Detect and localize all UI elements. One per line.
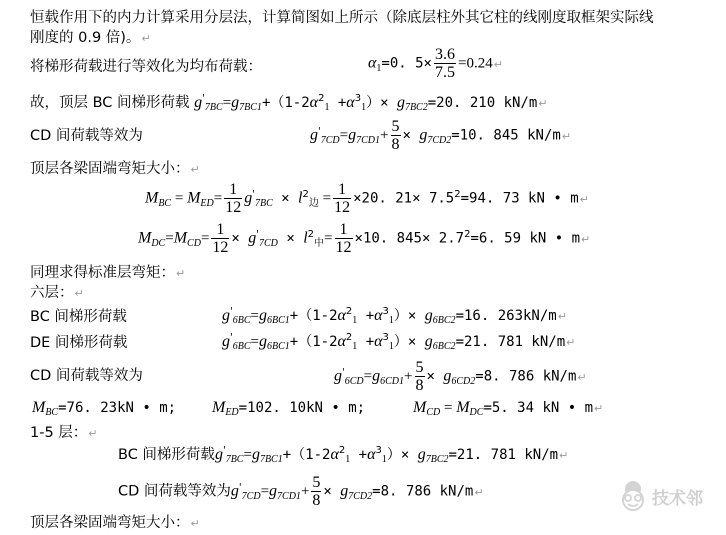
paragraph-mark-icon: ↵ [594, 402, 603, 415]
watermark: 技术邻 [618, 480, 703, 512]
paragraph-mark-icon: ↵ [494, 58, 503, 71]
denominator: 12 [335, 239, 353, 256]
paragraph-intro-line2: 刚度的 0.9 倍)。↵ [30, 29, 151, 48]
formula-m-dc-top: MDC=MCD=112× g'7CD × l2中=112×10. 845× 2.… [138, 221, 590, 256]
text: 同理求得标准层弯矩： [30, 265, 175, 281]
paragraph-top-moments: 顶层各梁固端弯矩大小：↵ [30, 160, 200, 179]
numerator: 1 [335, 221, 353, 239]
paragraph-cd-load: CD 间荷载等效为 [30, 127, 143, 145]
fraction: 112 [335, 221, 353, 256]
numerator: 1 [333, 181, 351, 199]
paragraph-mark-icon: ↵ [566, 336, 575, 349]
numerator: 5 [391, 118, 401, 136]
formula-g15cd: CD 间荷载等效为g'7CD=g7CD1+58× g7CD2=8. 786 kN… [118, 474, 484, 509]
paragraph-mark-icon: ↵ [88, 427, 97, 440]
denominator: 12 [333, 199, 351, 216]
paragraph-mark-icon: ↵ [141, 32, 150, 45]
calc: ×10. 845× 2.7 [355, 231, 465, 247]
subscript: 1 [376, 63, 381, 74]
numerator: 5 [311, 474, 321, 492]
denominator: 8 [311, 492, 321, 509]
denominator: 8 [415, 377, 425, 394]
calc: ×20. 21× 7.5 [353, 191, 454, 207]
result: =0.24 [458, 56, 493, 72]
result: =21. 781 kN/m [449, 447, 559, 463]
paragraph-equivalent-load: 将梯形荷载进行等效化为均布荷载： [30, 58, 262, 76]
paragraph-floors-1-5: 1-5 层：↵ [30, 424, 98, 443]
superscript: 2 [464, 229, 470, 240]
denominator: 8 [391, 136, 401, 153]
label: CD 间荷载等效为 [118, 484, 231, 500]
paragraph-mark-icon: ↵ [176, 267, 185, 280]
paragraph-mark-icon: ↵ [562, 130, 571, 143]
result: =94. 73 kN • m [461, 191, 579, 207]
fraction: 58 [391, 118, 401, 153]
text: 顶层各梁固端弯矩大小： [30, 515, 190, 531]
text: 刚度的 0.9 倍)。 [30, 30, 140, 46]
paragraph-mark-icon: ↵ [577, 371, 586, 384]
fraction: 58 [311, 474, 321, 509]
formula-alpha: α1=0. 5×3.67.5=0.24↵ [368, 46, 503, 81]
label-cd-6: CD 间荷载等效为 [30, 367, 143, 385]
paragraph-mark-icon: ↵ [474, 486, 483, 499]
mascot-logo-icon [618, 480, 648, 512]
moment-m-ed-6: MED=102. 10kN • m; [212, 399, 365, 419]
paragraph-top-moments-2: 顶层各梁固端弯矩大小：↵ [30, 514, 200, 533]
fraction: 58 [415, 359, 425, 394]
formula-g7bc: 故，顶层 BC 间梯形荷载 g'7BC=g7BC1+（1-2α21 +α31）×… [30, 94, 548, 114]
numerator: 1 [211, 221, 229, 239]
paragraph-intro-line1: 恒载作用下的内力计算采用分层法，计算简图如上所示（除底层柱外其它柱的线刚度取框架… [30, 9, 654, 27]
formula-m-bc-top: MBC = MED=112g'7BC × l2边 =112×20. 21× 7.… [145, 181, 589, 216]
result: =10. 845 kN/m [451, 128, 561, 144]
paragraph-mark-icon: ↵ [191, 517, 200, 530]
paragraph-mark-icon: ↵ [191, 163, 200, 176]
paragraph-mark-icon: ↵ [75, 287, 84, 300]
result: =16. 263kN/m [456, 308, 557, 324]
paragraph-mark-icon: ↵ [559, 449, 568, 462]
moment-m-bc-6: MBC=76. 23kN • m; [32, 399, 176, 419]
text: 六层： [30, 285, 74, 301]
result: =21. 781 kN/m [456, 334, 566, 350]
label-bc-6: BC 间梯形荷载 [30, 308, 127, 326]
fraction: 112 [211, 221, 229, 256]
paragraph-mark-icon: ↵ [558, 310, 567, 323]
fraction: 3.67.5 [434, 46, 456, 81]
denominator: 12 [224, 199, 242, 216]
fraction: 112 [333, 181, 351, 216]
result: =20. 210 kN/m [428, 95, 538, 111]
value: =102. 10kN • m; [239, 400, 365, 416]
numerator: 5 [415, 359, 425, 377]
paragraph-mark-icon: ↵ [580, 193, 589, 206]
label-de-6: DE 间梯形荷载 [30, 334, 127, 352]
fraction: 112 [224, 181, 242, 216]
paragraph-mark-icon: ↵ [581, 233, 590, 246]
formula-g6de: g'6BC=g6BC1+（1-2α21 +α31）× g6BC2=21. 781… [222, 333, 575, 353]
subscript: 中 [314, 238, 324, 249]
numerator: 1 [224, 181, 242, 199]
result: =8. 786 kN/m [475, 369, 576, 385]
denominator: 12 [211, 239, 229, 256]
superscript: 2 [454, 189, 460, 200]
label: 故，顶层 BC 间梯形荷载 [30, 95, 190, 111]
paragraph-standard-floor: 同理求得标准层弯矩：↵ [30, 264, 185, 283]
value: =76. 23kN • m; [58, 400, 176, 416]
formula-g7cd: g'7CD=g7CD1+58× g7CD2=10. 845 kN/m↵ [310, 118, 571, 153]
denominator: 7.5 [434, 64, 456, 81]
formula-g15bc: BC 间梯形荷载g'7BC=g7BC1+（1-2α21 +α31）× g7BC2… [118, 446, 568, 466]
result: =6. 59 kN • m [470, 231, 580, 247]
paragraph-mark-icon: ↵ [538, 97, 547, 110]
watermark-text: 技术邻 [652, 484, 703, 509]
value: =5. 34 kN • m [483, 400, 593, 416]
text: 顶层各梁固端弯矩大小： [30, 161, 190, 177]
moment-m-cd-6: MCD = MDC=5. 34 kN • m↵ [413, 399, 603, 419]
subscript: 边 [309, 198, 319, 209]
numerator: 3.6 [434, 46, 456, 64]
formula-g6cd: g'6CD=g6CD1+58× g6CD2=8. 786 kN/m↵ [334, 359, 587, 394]
label: BC 间梯形荷载 [118, 447, 215, 463]
formula-g6bc: g'6BC=g6BC1+（1-2α21 +α31）× g6BC2=16. 263… [222, 307, 567, 327]
text: 1-5 层： [30, 425, 87, 441]
paragraph-sixth-floor: 六层：↵ [30, 284, 84, 303]
result: =8. 786 kN/m [372, 484, 473, 500]
coefficient: =0. 5× [381, 56, 432, 72]
